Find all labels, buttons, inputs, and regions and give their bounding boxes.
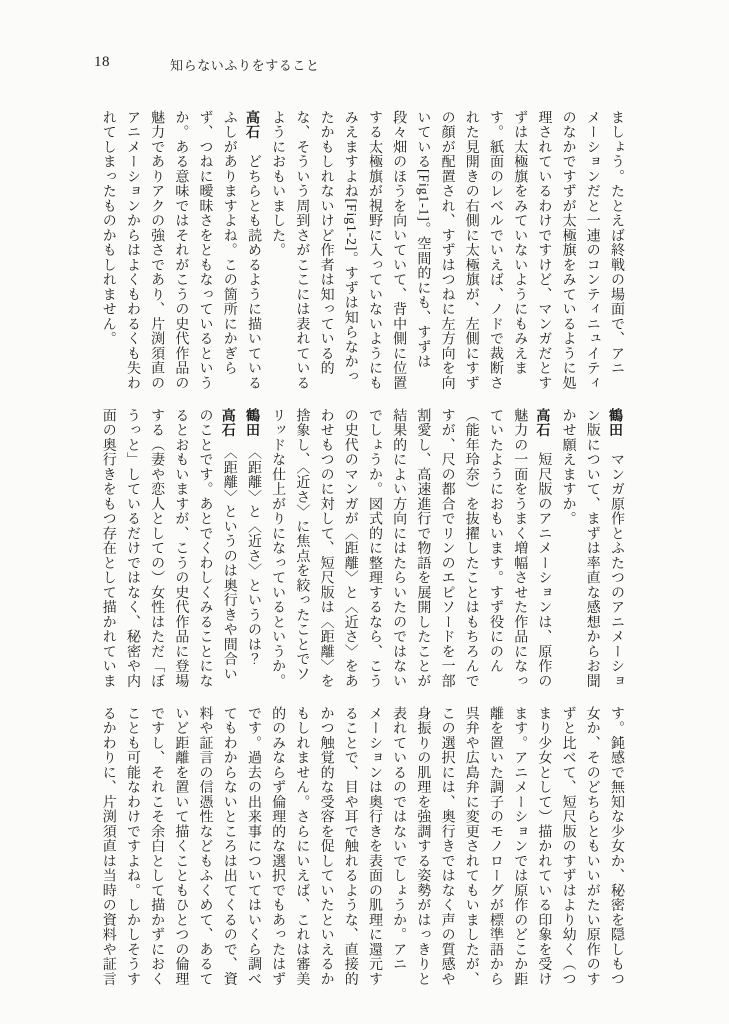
page-number: 18 [94,54,110,71]
paragraph: 高石 どちらとも読めるように描いているふしがありますよね。この箇所にかぎらず、つ… [96,110,265,392]
text-band-bottom: す。鈍感で無知な少女か、秘密を隠しもつ女か、そのどちらともいいがたい原作のすずと… [94,706,628,988]
paragraph-text: 〈距離〉というのは奥行きや間合いのことです。あとでくわしくみることになるとおもい… [101,408,237,688]
running-title: 知らないふりをすること [170,55,320,74]
book-page: { "page": { "number": "18", "running_tit… [0,0,729,1024]
paragraph-text: どちらとも読めるように描いているふしがありますよね。この箇所にかぎらず、つねに曖… [101,110,261,390]
paragraph-text: 短尺版のアニメーションは、原作の魅力の一面をうまく増幅させた作品になっていたよう… [270,408,551,688]
paragraph-text: 〈距離〉と〈近さ〉というのは？ [246,438,261,667]
paragraph: 高石 〈距離〉というのは奥行きや間合いのことです。あとでくわしくみることになると… [96,408,241,690]
paragraph: す。鈍感で無知な少女か、秘密を隠しもつ女か、そのどちらともいいがたい原作のすずと… [96,706,628,988]
page-body: ましょう。たとえば終戦の場面で、アニメーションだと一連のコンティニュイティのなか… [94,110,628,1004]
text-band-middle: 鶴田 マンガ原作とふたつのアニメーション版について、まずは率直な感想からお聞かせ… [94,408,628,690]
paragraph: 鶴田 〈距離〉と〈近さ〉というのは？ [241,408,265,690]
speaker-name: 鶴田 [608,408,624,438]
paragraph-text: マンガ原作とふたつのアニメーション版について、まずは率直な感想からお聞かせ願えま… [561,408,624,688]
paragraph: ましょう。たとえば終戦の場面で、アニメーションだと一連のコンティニュイティのなか… [265,110,628,392]
speaker-name: 高石 [245,110,261,140]
paragraph: 鶴田 マンガ原作とふたつのアニメーション版について、まずは率直な感想からお聞かせ… [555,408,628,690]
speaker-name: 高石 [535,408,551,438]
running-head: 18 知らないふりをすること [0,54,729,76]
paragraph-text: ましょう。たとえば終戦の場面で、アニメーションだと一連のコンティニュイティのなか… [270,110,624,390]
speaker-name: 鶴田 [245,408,261,438]
paragraph-text: す。鈍感で無知な少女か、秘密を隠しもつ女か、そのどちらともいいがたい原作のすずと… [101,706,624,986]
text-band-top: ましょう。たとえば終戦の場面で、アニメーションだと一連のコンティニュイティのなか… [94,110,628,392]
paragraph: 高石 短尺版のアニメーションは、原作の魅力の一面をうまく増幅させた作品になってい… [265,408,555,690]
speaker-name: 高石 [221,408,237,438]
